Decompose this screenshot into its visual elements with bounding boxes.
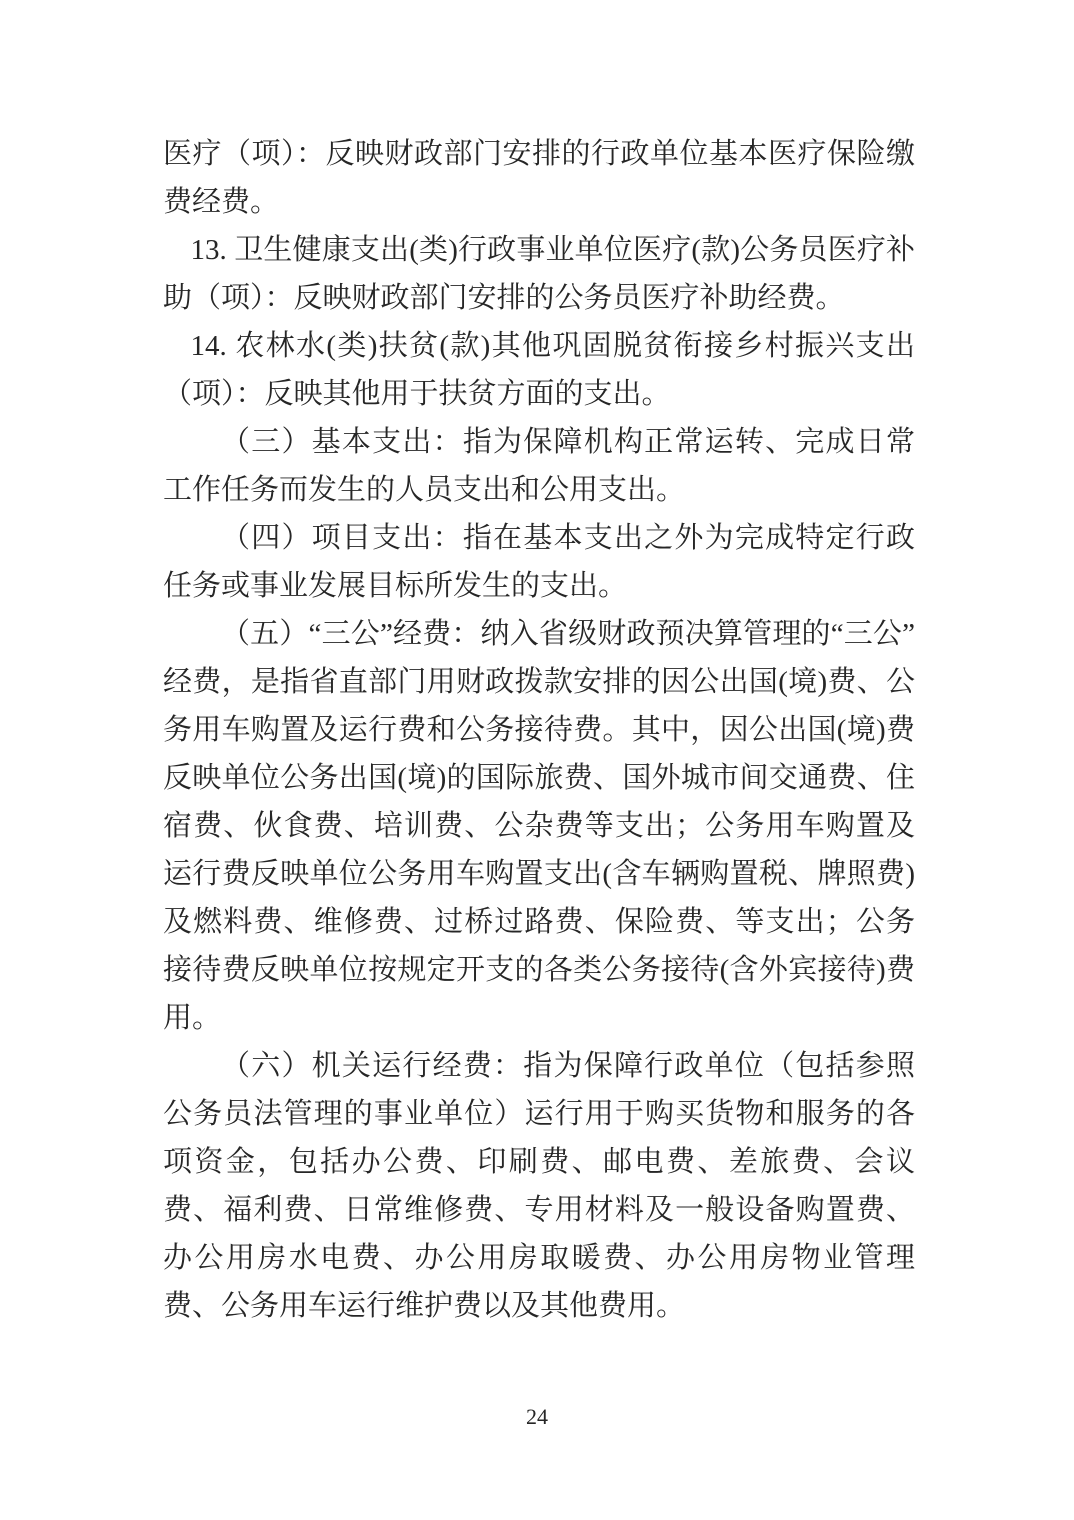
paragraph-section-5-three-public-funds: （五）“三公”经费：纳入省级财政预决算管理的“三公”经费，是指省直部门用财政拨款… xyxy=(163,610,915,1042)
document-body: 医疗（项）：反映财政部门安排的行政单位基本医疗保险缴费经费。 13. 卫生健康支… xyxy=(163,130,915,1330)
paragraph-section-6-agency-operating-funds: （六）机关运行经费：指为保障行政单位（包括参照公务员法管理的事业单位）运行用于购… xyxy=(163,1042,915,1330)
page-number: 24 xyxy=(0,1402,1074,1432)
paragraph-section-4-project-expenditure: （四）项目支出：指在基本支出之外为完成特定行政任务或事业发展目标所发生的支出。 xyxy=(163,514,915,610)
paragraph-item-13-health-expenditure: 13. 卫生健康支出(类)行政事业单位医疗(款)公务员医疗补助（项）：反映财政部… xyxy=(163,226,915,322)
paragraph-item-14-agriculture-poverty-relief: 14. 农林水(类)扶贫(款)其他巩固脱贫衔接乡村振兴支出（项）：反映其他用于扶… xyxy=(163,322,915,418)
paragraph-medical-item-continuation: 医疗（项）：反映财政部门安排的行政单位基本医疗保险缴费经费。 xyxy=(163,130,915,226)
document-page: 医疗（项）：反映财政部门安排的行政单位基本医疗保险缴费经费。 13. 卫生健康支… xyxy=(0,0,1074,1520)
paragraph-section-3-basic-expenditure: （三）基本支出：指为保障机构正常运转、完成日常工作任务而发生的人员支出和公用支出… xyxy=(163,418,915,514)
